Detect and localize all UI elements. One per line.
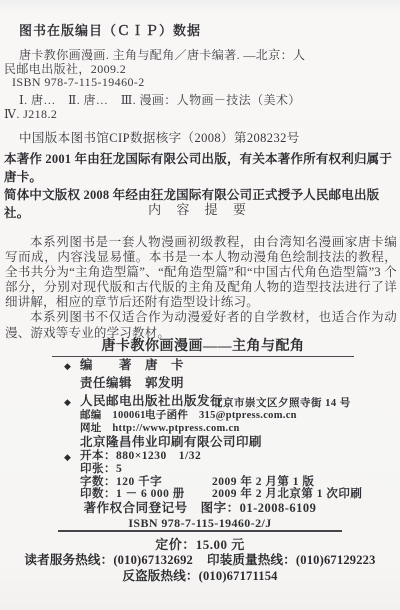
postcode-row: 邮编 100061 电子函件 315@ptpress.com.cn bbox=[0, 409, 400, 422]
printing-line: 2009 年 2 月北京第 1 次印刷 bbox=[212, 488, 362, 501]
sheets-line: 印张：5 bbox=[80, 463, 122, 475]
price-divider bbox=[58, 530, 342, 532]
editor-line: 责任编辑 郭发明 bbox=[80, 376, 184, 390]
rights-line1: 本著作 2001 年由狂龙国际有限公司出版，有关本著作所有权利归属于唐卡。 bbox=[4, 150, 396, 186]
format-row: ◆ 开本：880×1230 1/32 bbox=[0, 450, 400, 463]
diamond-bullet-icon: ◆ bbox=[64, 359, 71, 374]
summary-heading: 内 容 提 要 bbox=[0, 199, 400, 218]
editor-row: 责任编辑 郭发明 bbox=[0, 376, 400, 391]
cip-record: 唐卡教你画漫画. 主角与配角／唐卡编著. —北京：人 民邮电出版社，2009.2… bbox=[4, 49, 396, 90]
edition-line: 2009 年 2 月第 1 版 bbox=[212, 476, 314, 489]
anti-piracy-hotline: 反盗版热线：(010)67171154 bbox=[0, 566, 400, 584]
cip-class-line2: Ⅳ. J218.2 bbox=[4, 108, 396, 122]
print-run-line: 印数：1 － 6 000 册 bbox=[80, 488, 185, 500]
diamond-bullet-icon: ◆ bbox=[64, 395, 71, 410]
title-underline: 唐卡教你画漫画——主角与配角 bbox=[52, 335, 354, 357]
cip-isbn: ISBN 978-7-115-19460-2 bbox=[4, 76, 396, 90]
cip-classification: Ⅰ. 唐… Ⅱ. 唐… Ⅲ. 漫画：人物画－技法（美术） Ⅳ. J218.2 bbox=[4, 94, 396, 121]
cip-record-line1: 唐卡教你画漫画. 主角与配角／唐卡编著. —北京：人 bbox=[4, 49, 396, 63]
registration-row: 著作权合同登记号 图字：01-2008-6109 bbox=[0, 501, 400, 516]
cip-class-line1: Ⅰ. 唐… Ⅱ. 唐… Ⅲ. 漫画：人物画－技法（美术） bbox=[4, 94, 396, 108]
summary-body: 本系列图书是一套人物漫画初级教程，由台湾知名漫画家唐卡编写而成，内容浅显易懂。本… bbox=[5, 235, 397, 341]
words-row: 字数：120 千字 2009 年 2 月第 1 版 bbox=[0, 476, 400, 489]
cip-record-number: 中国版本图书馆CIP数据核字（2008）第208232号 bbox=[19, 128, 300, 146]
summary-paragraph-1: 本系列图书是一套人物漫画初级教程，由台湾知名漫画家唐卡编写而成，内容浅显易懂。本… bbox=[5, 235, 397, 310]
book-title: 唐卡教你画漫画——主角与配角 bbox=[102, 339, 305, 354]
printer-row: 北京隆昌伟业印刷有限公司印刷 bbox=[0, 435, 400, 450]
publisher-row: ◆ 人民邮电出版社出版发行 北京市崇文区夕照寺街 14 号 bbox=[0, 394, 400, 409]
website-line: 网址 http://www.ptpress.com.cn bbox=[80, 423, 240, 434]
cip-header: 图书在版编目（ＣＩＰ）数据 bbox=[19, 20, 201, 39]
email-line: 电子函件 315@ptpress.com.cn bbox=[145, 409, 297, 422]
copyright-page: 图书在版编目（ＣＩＰ）数据 唐卡教你画漫画. 主角与配角／唐卡编著. —北京：人… bbox=[0, 0, 400, 610]
print-quality-hotline: 印装质量热线：(010)67129223 bbox=[207, 553, 376, 567]
colophon: ◆ 编 著 唐 卡 责任编辑 郭发明 ◆ 人民邮电出版社出版发行 北京市崇文区夕… bbox=[0, 358, 400, 531]
words-line: 字数：120 千字 bbox=[80, 476, 162, 488]
sheets-row: 印张：5 bbox=[0, 463, 400, 476]
postcode-line: 邮编 100061 bbox=[80, 410, 146, 421]
printer-line: 北京隆昌伟业印刷有限公司印刷 bbox=[80, 435, 262, 449]
publisher-line: 人民邮电出版社出版发行 bbox=[80, 394, 223, 408]
print-run-row: 印数：1 － 6 000 册 2009 年 2 月北京第 1 次印刷 bbox=[0, 488, 400, 501]
reader-service-hotline: 读者服务热线：(010)67132692 bbox=[24, 553, 193, 567]
format-line: 开本：880×1230 1/32 bbox=[80, 450, 201, 462]
cip-record-line2: 民邮电出版社，2009.2 bbox=[4, 63, 396, 77]
isbn-full-row: ISBN 978-7-115-19460-2/J bbox=[0, 516, 400, 531]
author-line: 编 著 唐 卡 bbox=[80, 358, 184, 372]
website-row: 网址 http://www.ptpress.com.cn bbox=[0, 422, 400, 435]
author-row: ◆ 编 著 唐 卡 bbox=[0, 358, 400, 373]
